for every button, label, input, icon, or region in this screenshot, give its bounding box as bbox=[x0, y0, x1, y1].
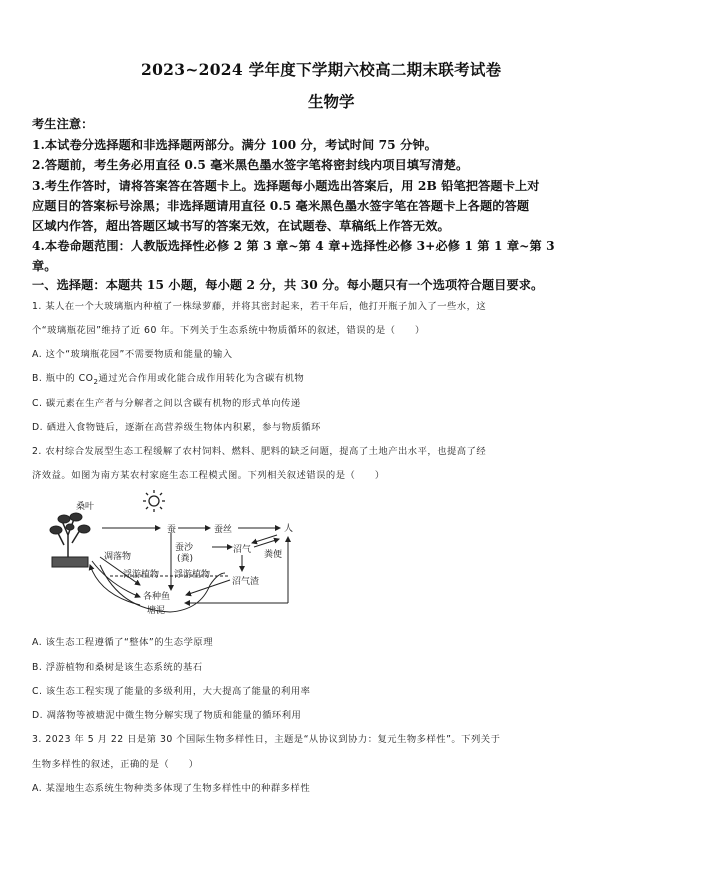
question-3-option-a: A. 某湿地生态系统生物种类多体现了生物多样性中的种群多样性 bbox=[32, 780, 310, 794]
question-1-option-a: A. 这个“玻璃瓶花园”不需要物质和能量的输入 bbox=[32, 346, 233, 360]
question-1-option-d: D. 硒进入食物链后，逐渐在高营养级生物体内积累，参与物质循环 bbox=[32, 419, 321, 433]
label-pond-mud: 塘泥 bbox=[147, 603, 165, 616]
label-plankton-right: 浮游植物 bbox=[174, 567, 210, 580]
notice-line-7: 章。 bbox=[32, 257, 57, 274]
question-2-option-d: D. 凋落物等被塘泥中微生物分解实现了物质和能量的循环利用 bbox=[32, 707, 301, 721]
label-litter: 凋落物 bbox=[104, 549, 131, 562]
option-b-text-post: 通过光合作用或化能合成作用转化为含碳有机物 bbox=[98, 373, 304, 384]
question-2-option-b: B. 浮游植物和桑树是该生态系统的基石 bbox=[32, 659, 203, 673]
notice-line-2: 2.答题前，考生务必用直径 0.5 毫米黑色墨水签字笔将密封线内项目填写清楚。 bbox=[32, 156, 468, 173]
option-b-text-pre: B. 瓶中的 CO bbox=[32, 373, 93, 384]
question-2-stem-line-1: 2. 农村综合发展型生态工程缓解了农村饲料、燃料、肥料的缺乏问题，提高了土地产出… bbox=[32, 443, 486, 457]
mulberry-tree-icon bbox=[50, 513, 90, 567]
label-mulberry-leaf: 桑叶 bbox=[76, 499, 94, 512]
section-heading: 一、选择题：本题共 15 小题，每小题 2 分，共 30 分。每小题只有一个选项… bbox=[32, 276, 543, 293]
exam-title: 2023~2024 学年度下学期六校高二期末联考试卷 bbox=[141, 58, 501, 80]
label-plankton-left: 浮游植物 bbox=[123, 567, 159, 580]
question-1-option-b: B. 瓶中的 CO2通过光合作用或化能合成作用转化为含碳有机物 bbox=[32, 370, 304, 386]
question-1-stem-line-2: 个“玻璃瓶花园”维持了近 60 年。下列关于生态系统中物质循环的叙述，错误的是（… bbox=[32, 322, 425, 336]
notice-line-1: 1.本试卷分选择题和非选择题两部分。满分 100 分，考试时间 75 分钟。 bbox=[32, 136, 437, 153]
notice-line-5: 区域内作答，超出答题区域书写的答案无效，在试题卷、草稿纸上作答无效。 bbox=[32, 217, 450, 234]
question-3-stem-line-2: 生物多样性的叙述，正确的是（ ） bbox=[32, 756, 199, 770]
label-feces-note: (粪) bbox=[177, 551, 193, 564]
ecological-engineering-diagram: 桑叶 蚕 蚕丝 人 蚕沙 (粪) 沼气 粪便 凋落物 浮游植物 浮游植物 沼气渣… bbox=[40, 485, 320, 615]
notice-line-6: 4.本卷命题范围：人教版选择性必修 2 第 3 章~第 4 章+选择性必修 3+… bbox=[32, 237, 555, 254]
notice-line-4: 应题目的答案标号涂黑；非选择题请用直径 0.5 毫米黑色墨水签字笔在答题卡上各题… bbox=[32, 197, 529, 214]
question-2-option-a: A. 该生态工程遵循了“整体”的生态学原理 bbox=[32, 634, 213, 648]
label-biogas-residue: 沼气渣 bbox=[232, 574, 259, 587]
notice-line-3: 3.考生作答时，请将答案答在答题卡上。选择题每小题选出答案后，用 2B 铅笔把答… bbox=[32, 177, 540, 194]
label-silkworm: 蚕 bbox=[167, 522, 176, 535]
question-2-option-c: C. 该生态工程实现了能量的多级利用，大大提高了能量的利用率 bbox=[32, 683, 310, 697]
label-fish: 各种鱼 bbox=[143, 589, 170, 602]
sun-icon bbox=[143, 490, 165, 512]
label-human: 人 bbox=[284, 521, 293, 534]
question-1-option-c: C. 碳元素在生产者与分解者之间以含碳有机物的形式单向传递 bbox=[32, 395, 301, 409]
label-manure: 粪便 bbox=[264, 547, 282, 560]
question-2-stem-line-2: 济效益。如图为南方某农村家庭生态工程模式图。下列相关叙述错误的是（ ） bbox=[32, 467, 385, 481]
question-1-stem-line-1: 1. 某人在一个大玻璃瓶内种植了一株绿萝藤，并将其密封起来，若干年后，他打开瓶子… bbox=[32, 298, 486, 312]
notice-heading: 考生注意： bbox=[32, 115, 93, 132]
label-silk: 蚕丝 bbox=[214, 522, 232, 535]
label-biogas: 沼气 bbox=[233, 542, 251, 555]
subject-title: 生物学 bbox=[308, 90, 355, 112]
question-3-stem-line-1: 3. 2023 年 5 月 22 日是第 30 个国际生物多样性日，主题是“从协… bbox=[32, 731, 500, 745]
